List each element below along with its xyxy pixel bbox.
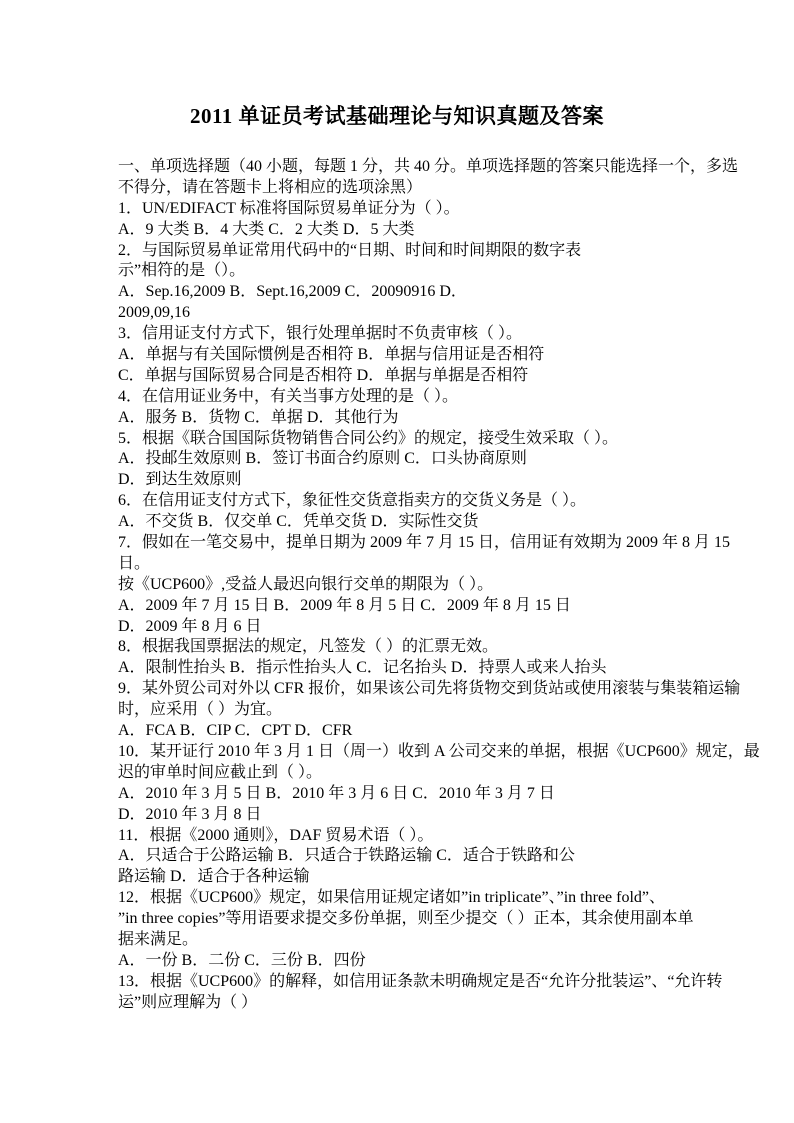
document-line-21: 按《UCP600》,受益人最迟向银行交单的期限为（ ）。 xyxy=(118,575,684,596)
document-line-15: A．投邮生效原则 B．签订书面合约原则 C．口头协商原则 xyxy=(118,449,684,470)
document-line-19: 7．假如在一笔交易中，提单日期为 2009 年 7 月 15 日，信用证有效期为… xyxy=(118,533,684,554)
document-line-29: 10．某开证行 2010 年 3 月 1 日（周一）收到 A 公司交来的单据，根… xyxy=(118,742,684,763)
document-line-12: 4．在信用证业务中，有关当事方处理的是（ ）。 xyxy=(118,387,684,408)
document-line-6: 示”相符的是（）。 xyxy=(118,261,684,282)
document-line-34: A．只适合于公路运输 B．只适合于铁路运输 C．适合于铁路和公 xyxy=(118,846,684,867)
document-line-22: A．2009 年 7 月 15 日 B．2009 年 8 月 5 日 C．200… xyxy=(118,596,684,617)
document-line-30: 迟的审单时间应截止到（ ）。 xyxy=(118,763,684,784)
document-line-36: 12．根据《UCP600》规定，如果信用证规定诸如”in triplicate”… xyxy=(118,888,684,909)
document-line-2: 不得分，请在答题卡上将相应的选项涂黑） xyxy=(118,178,684,199)
document-line-27: 时，应采用（ ）为宜。 xyxy=(118,700,684,721)
document-line-40: 13．根据《UCP600》的解释，如信用证条款未明确规定是否“允许分批装运”、“… xyxy=(118,972,684,993)
document-page: 2011 单证员考试基础理论与知识真题及答案 一、单项选择题（40 小题，每题 … xyxy=(0,0,794,1123)
document-line-5: 2．与国际贸易单证常用代码中的“日期、时间和时间期限的数字表 xyxy=(118,241,684,262)
document-line-38: 据来满足。 xyxy=(118,930,684,951)
document-line-14: 5．根据《联合国国际货物销售合同公约》的规定，接受生效采取（ ）。 xyxy=(118,429,684,450)
document-line-10: A．单据与有关国际惯例是否相符 B．单据与信用证是否相符 xyxy=(118,345,684,366)
document-line-23: D．2009 年 8 月 6 日 xyxy=(118,617,684,638)
document-line-20: 日。 xyxy=(118,554,684,575)
document-line-18: A．不交货 B．仅交单 C．凭单交货 D．实际性交货 xyxy=(118,512,684,533)
document-title: 2011 单证员考试基础理论与知识真题及答案 xyxy=(0,100,794,130)
document-line-17: 6．在信用证支付方式下，象征性交货意指卖方的交货义务是（ ）。 xyxy=(118,491,684,512)
document-line-3: 1．UN/EDIFACT 标准将国际贸易单证分为（ ）。 xyxy=(118,199,684,220)
document-line-24: 8．根据我国票据法的规定，凡签发（ ）的汇票无效。 xyxy=(118,637,684,658)
document-line-4: A．9 大类 B．4 大类 C．2 大类 D．5 大类 xyxy=(118,220,684,241)
document-line-25: A．限制性抬头 B．指示性抬头人 C．记名抬头 D．持票人或来人抬头 xyxy=(118,658,684,679)
document-line-26: 9．某外贸公司对外以 CFR 报价，如果该公司先将货物交到货站或使用滚装与集装箱… xyxy=(118,679,684,700)
document-line-35: 路运输 D．适合于各种运输 xyxy=(118,867,684,888)
document-line-31: A．2010 年 3 月 5 日 B．2010 年 3 月 6 日 C．2010… xyxy=(118,784,684,805)
document-line-1: 一、单项选择题（40 小题，每题 1 分，共 40 分。单项选择题的答案只能选择… xyxy=(118,157,684,178)
document-line-32: D．2010 年 3 月 8 日 xyxy=(118,805,684,826)
document-line-8: 2009,09,16 xyxy=(118,303,684,324)
document-line-37: ”in three copies”等用语要求提交多份单据，则至少提交（ ）正本，… xyxy=(118,909,684,930)
document-body: 一、单项选择题（40 小题，每题 1 分，共 40 分。单项选择题的答案只能选择… xyxy=(118,157,684,1014)
document-line-11: C．单据与国际贸易合同是否相符 D．单据与单据是否相符 xyxy=(118,366,684,387)
document-line-33: 11．根据《2000 通则》，DAF 贸易术语（ ）。 xyxy=(118,826,684,847)
document-line-28: A．FCA B．CIP C．CPT D．CFR xyxy=(118,721,684,742)
document-line-39: A．一份 B．二份 C．三份 B．四份 xyxy=(118,951,684,972)
document-line-16: D．到达生效原则 xyxy=(118,470,684,491)
document-line-9: 3．信用证支付方式下，银行处理单据时不负责审核（ ）。 xyxy=(118,324,684,345)
document-line-7: A．Sep.16,2009 B．Sept.16,2009 C．20090916 … xyxy=(118,282,684,303)
document-line-13: A．服务 B．货物 C．单据 D．其他行为 xyxy=(118,408,684,429)
document-line-41: 运”则应理解为（ ） xyxy=(118,993,684,1014)
